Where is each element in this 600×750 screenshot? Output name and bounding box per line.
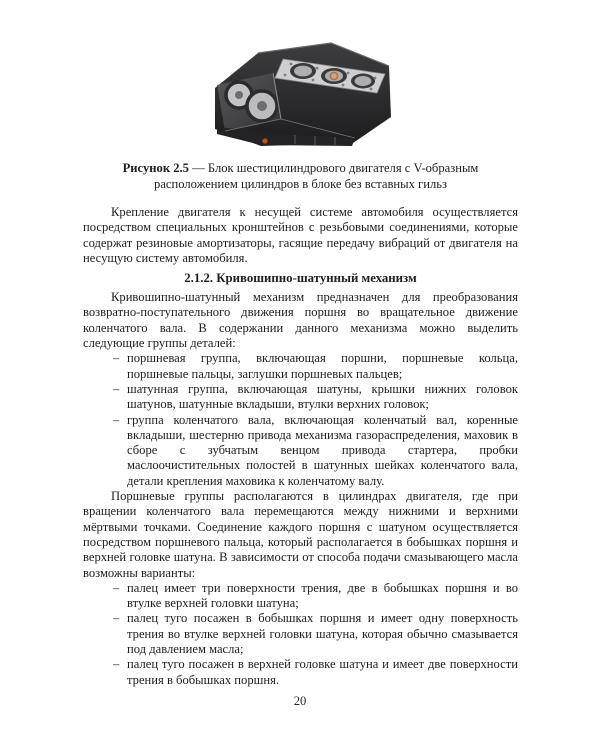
page-number: 20 [0,694,600,709]
dash-bullet: – [113,611,127,657]
list-item-text: палец туго посажен в бобышках поршня и и… [127,611,518,657]
document-page: Рисунок 2.5 — Блок шестицилиндрового дви… [0,0,600,750]
dash-bullet: – [113,413,127,489]
list-item: – палец туго посажен в бобышках поршня и… [113,611,518,657]
list-item-text: палец имеет три поверхности трения, две … [127,581,518,612]
dash-bullet: – [113,382,127,413]
pin-variants-list: – палец имеет три поверхности трения, дв… [83,581,518,688]
list-item-text: палец туго посажен в верхней головке шат… [127,657,518,688]
dash-bullet: – [113,351,127,382]
parts-groups-list: – поршневая группа, включающая поршни, п… [83,351,518,489]
paragraph-piston-groups: Поршневые группы располагаются в цилиндр… [83,489,518,581]
figure-caption: Рисунок 2.5 — Блок шестицилиндрового дви… [112,160,490,192]
figure-caption-label: Рисунок 2.5 [123,161,189,175]
dash-bullet: – [113,581,127,612]
figure-2-5 [83,33,518,151]
list-item-text: поршневая группа, включающая поршни, пор… [127,351,518,382]
section-heading-2-1-2: 2.1.2. Кривошипно-шатунный механизм [83,271,518,286]
orange-dot-marker [262,138,267,143]
list-item-text: группа коленчатого вала, включающая коле… [127,413,518,489]
list-item: – палец имеет три поверхности трения, дв… [113,581,518,612]
paragraph-mounting: Крепление двигателя к несущей системе ав… [83,205,518,266]
dash-bullet: – [113,657,127,688]
list-item-text: шатунная группа, включающая шатуны, крыш… [127,382,518,413]
list-item: – палец туго посажен в верхней головке ш… [113,657,518,688]
text-column: Рисунок 2.5 — Блок шестицилиндрового дви… [83,0,518,688]
paragraph-crank-mechanism: Кривошипно-шатунный механизм предназначе… [83,290,518,351]
list-item: – группа коленчатого вала, включающая ко… [113,413,518,489]
list-item: – шатунная группа, включающая шатуны, кр… [113,382,518,413]
figure-caption-text: — Блок шестицилиндрового двигателя с V-о… [154,161,478,191]
list-item: – поршневая группа, включающая поршни, п… [113,351,518,382]
engine-block-image [203,33,399,151]
